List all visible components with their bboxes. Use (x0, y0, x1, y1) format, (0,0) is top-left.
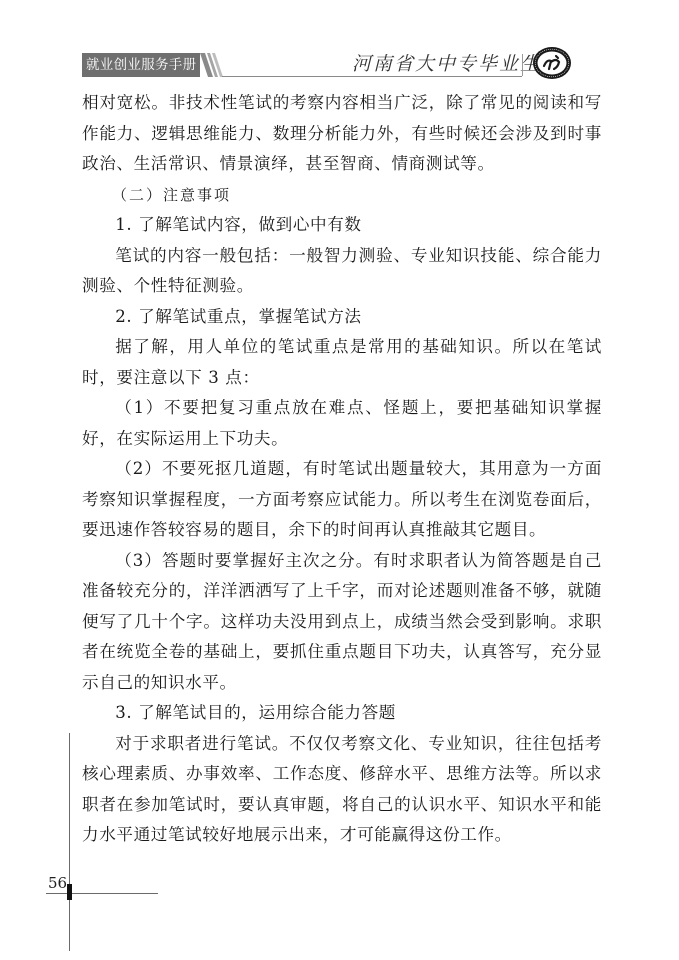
paragraph-continued: 相对宽松。非技术性笔试的考察内容相当广泛，除了常见的阅读和写作能力、逻辑思维能力… (82, 88, 602, 180)
running-header: 就业创业服务手册 河南省大中专毕业生 (82, 50, 602, 86)
header-divider (522, 54, 523, 76)
page-number: 56 (48, 874, 67, 892)
circular-emblem-icon (532, 46, 572, 80)
paragraph: 笔试的内容一般包括：一般智力测验、专业知识技能、综合能力测验、个性特征测验。 (82, 241, 602, 302)
item-heading-2: 2. 了解笔试重点，掌握笔试方法 (82, 302, 602, 333)
header-rule (222, 76, 522, 77)
paragraph: 对于求职者进行笔试。不仅仅考察文化、专业知识，往往包括考核心理素质、办事效率、工… (82, 729, 602, 851)
paragraph-point-2: （2）不要死抠几道题，有时笔试出题量较大，其用意为一方面考察知识掌握程度，一方面… (82, 454, 602, 546)
header-stripes-decoration (200, 53, 230, 77)
paragraph-point-1: （1）不要把复习重点放在难点、怪题上，要把基础知识掌握好，在实际运用上下功夫。 (82, 393, 602, 454)
margin-rule (69, 733, 70, 951)
section-subheading: （二）注意事项 (82, 180, 602, 211)
item-heading-1: 1. 了解笔试内容，做到心中有数 (82, 210, 602, 241)
paragraph-point-3: （3）答题时要掌握好主次之分。有时求职者认为简答题是自己准备较充分的，洋洋洒洒写… (82, 546, 602, 699)
footer-marker (67, 884, 72, 900)
brand-text: 河南省大中专毕业生 (352, 52, 541, 76)
item-heading-3: 3. 了解笔试目的，运用综合能力答题 (82, 698, 602, 729)
footer-rule (46, 893, 158, 894)
paragraph: 据了解，用人单位的笔试重点是常用的基础知识。所以在笔试时，要注意以下 3 点： (82, 332, 602, 393)
book-title-tab: 就业创业服务手册 (82, 53, 200, 77)
page-body: 相对宽松。非技术性笔试的考察内容相当广泛，除了常见的阅读和写作能力、逻辑思维能力… (82, 88, 602, 851)
